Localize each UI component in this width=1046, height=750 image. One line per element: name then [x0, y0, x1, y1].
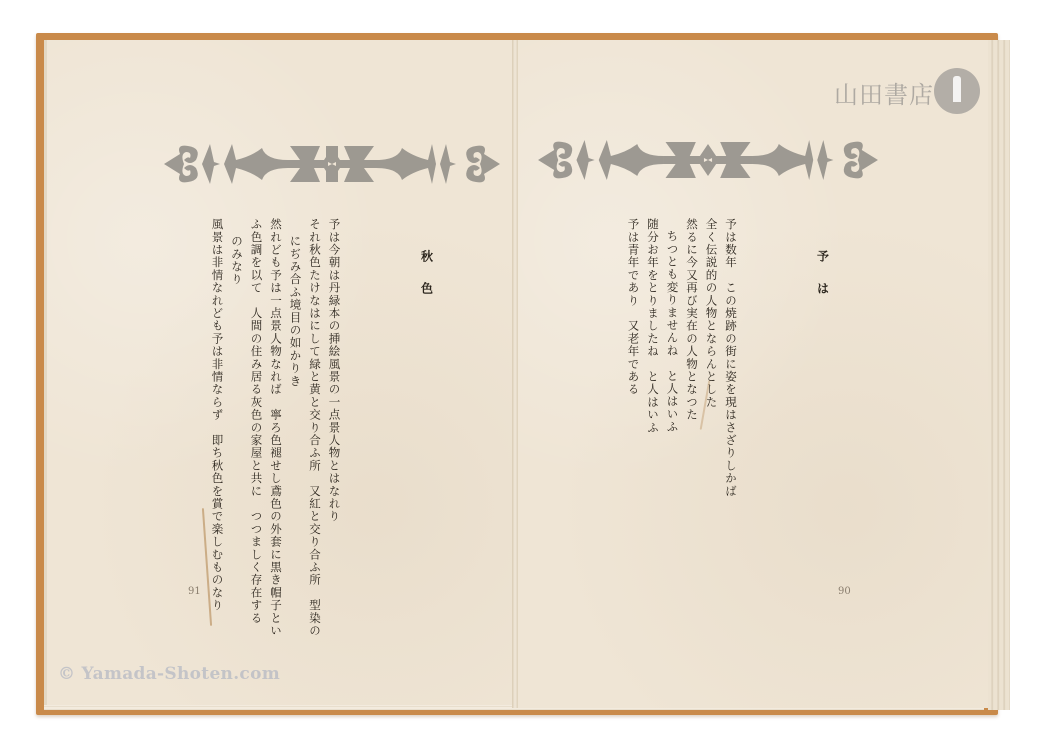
- left-page-title: 秋色: [416, 250, 436, 314]
- book-gutter: [512, 40, 518, 708]
- text-line: のみなり: [230, 218, 244, 286]
- text-line: 全く伝説的の人物とならんとした: [705, 218, 719, 409]
- text-line: ちつとも変りませんね と人はいふ: [666, 218, 680, 433]
- text-line: 然れども予は一点景人物なれば 寧ろ色褪せし鳶色の外套に黒き帽子とい: [269, 218, 283, 637]
- right-page-title: 予は: [812, 250, 832, 314]
- text-line: にぢみ合ふ境目の如かりき: [289, 218, 303, 387]
- text-line: 予は今朝は丹緑本の挿絵風景の一点景人物とはなれり: [328, 218, 342, 523]
- book-fore-edge: [988, 40, 1010, 710]
- page-number-left: 91: [188, 586, 201, 597]
- ornament-border-icon: [162, 140, 502, 188]
- page-number-right: 90: [838, 586, 851, 597]
- watermark-logo: 山田書店: [834, 74, 934, 110]
- text-line: 風景は非情なれども予は非情ならず 即ち秋色を賞で楽しむものなり: [211, 218, 225, 612]
- text-line: 随分お年をとりましたね と人はいふ: [646, 218, 660, 434]
- bookstore-logo-icon: [934, 68, 980, 114]
- ornament-border-icon: [536, 136, 880, 184]
- text-line: ふ色調を以て 人間の住み居る灰色の家屋と共に つつましく存在する: [250, 218, 264, 624]
- text-line: 然るに今又再び実在の人物となつた: [685, 218, 699, 421]
- left-page-body: 予は今朝は丹緑本の挿絵風景の一点景人物とはなれり それ秋色たけなはにして緑と黄と…: [207, 218, 344, 578]
- right-page-body: 予は数年 この焼跡の街に姿を現はさざりしかば 全く伝説的の人物とならんとした 然…: [623, 218, 740, 478]
- watermark-logo-text: 山田書店: [834, 75, 934, 110]
- text-line: 予は青年であり 又老年である: [627, 218, 641, 396]
- text-line: 予は数年 この焼跡の街に姿を現はさざりしかば: [724, 218, 738, 497]
- copyright-watermark: © Yamada-Shoten.com: [58, 664, 280, 684]
- text-line: それ秋色たけなはにして緑と黄と交り合ふ所 又紅と交り合ふ所 型染の: [308, 218, 322, 637]
